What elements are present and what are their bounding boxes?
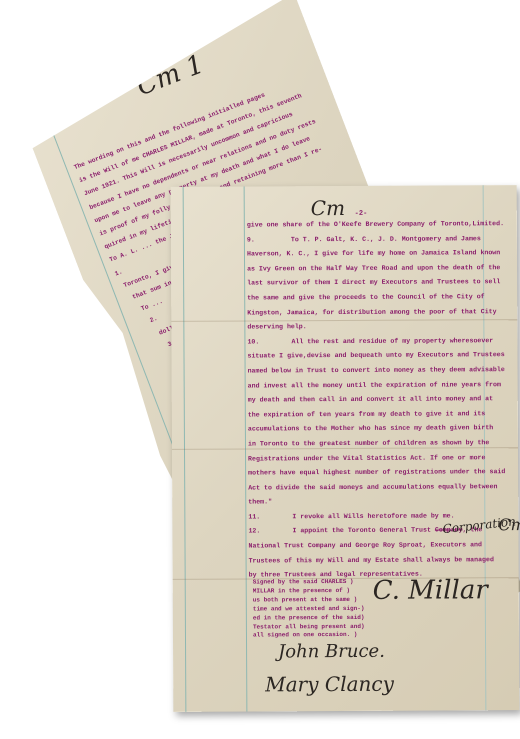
text-line: Haverson, K. C., I give for life my home… [247, 246, 504, 262]
clause-number: 10. [247, 335, 291, 350]
text-line: Kingston, Jamaica, for distribution amon… [247, 305, 504, 321]
text-line: as Ivy Green on the Half Way Tree Road a… [247, 261, 504, 277]
text-line: deserving help. [247, 319, 504, 335]
page-number: -2- [355, 210, 368, 218]
text-line: the same and give the proceeds to the Co… [247, 290, 504, 306]
text-line: mothers have equal highest number of reg… [248, 465, 505, 481]
handwritten-initial: Cm 1 [133, 49, 209, 102]
text-line: 10.All the rest and residue of my proper… [247, 334, 504, 350]
attestation-line: ed in the presence of the said) [253, 614, 365, 623]
text-line: in Toronto to the greatest number of chi… [248, 436, 505, 452]
text-line: accumulations to the Mother who has sinc… [248, 421, 505, 437]
attestation-line: Signed by the said CHARLES ) [253, 578, 365, 587]
text-line: give one share of the O'Keefe Brewery Co… [247, 217, 504, 233]
witness-signature-2: Mary Clancy [265, 672, 394, 697]
clause-number: 11. [248, 510, 292, 525]
margin-initial: Cm [498, 515, 520, 534]
attestation-line: MILLAR in the presence of ) [253, 587, 365, 596]
witness-signature-1: John Bruce. [278, 641, 385, 663]
text-line: named below in Trust to convert into mon… [248, 363, 505, 379]
text-line: last survivor of them I direct my Execut… [247, 276, 504, 292]
text-line: situate I give,devise and bequeath unto … [247, 349, 504, 365]
text-line: National Trust Company and George Roy Sp… [248, 538, 505, 554]
attestation-line: time and we attested and sign-) [253, 605, 365, 614]
page-header: Cm -2- [311, 196, 368, 220]
text-line: them." [248, 494, 505, 510]
will-page-2: Cm -2- give one share of the O'Keefe Bre… [171, 185, 520, 712]
text-line: Act to divide the said moneys and accumu… [248, 480, 505, 496]
attestation-line: all signed on one occasion. ) [253, 631, 365, 640]
handwritten-initial: Cm [311, 196, 345, 220]
attestation-clause: Signed by the said CHARLES )MILLAR in th… [253, 578, 365, 641]
text-line: Trustees of this my Will and my Estate s… [249, 553, 506, 569]
text-line: Registrations under the Vital Statistics… [248, 451, 505, 467]
testator-signature: C. Millar [373, 575, 488, 606]
text-line: my death and then call in and convert it… [248, 392, 505, 408]
text-line: 9.To T. P. Galt, K. C., J. D. Montgomery… [247, 232, 504, 248]
attestation-line: us both present at the same ) [253, 596, 365, 605]
clause-number: 9. [247, 233, 291, 248]
text-line: the expiration of ten years from my deat… [248, 407, 505, 423]
text-line: and invest all the money until the expir… [248, 378, 505, 394]
clause-number: 12. [248, 525, 292, 540]
